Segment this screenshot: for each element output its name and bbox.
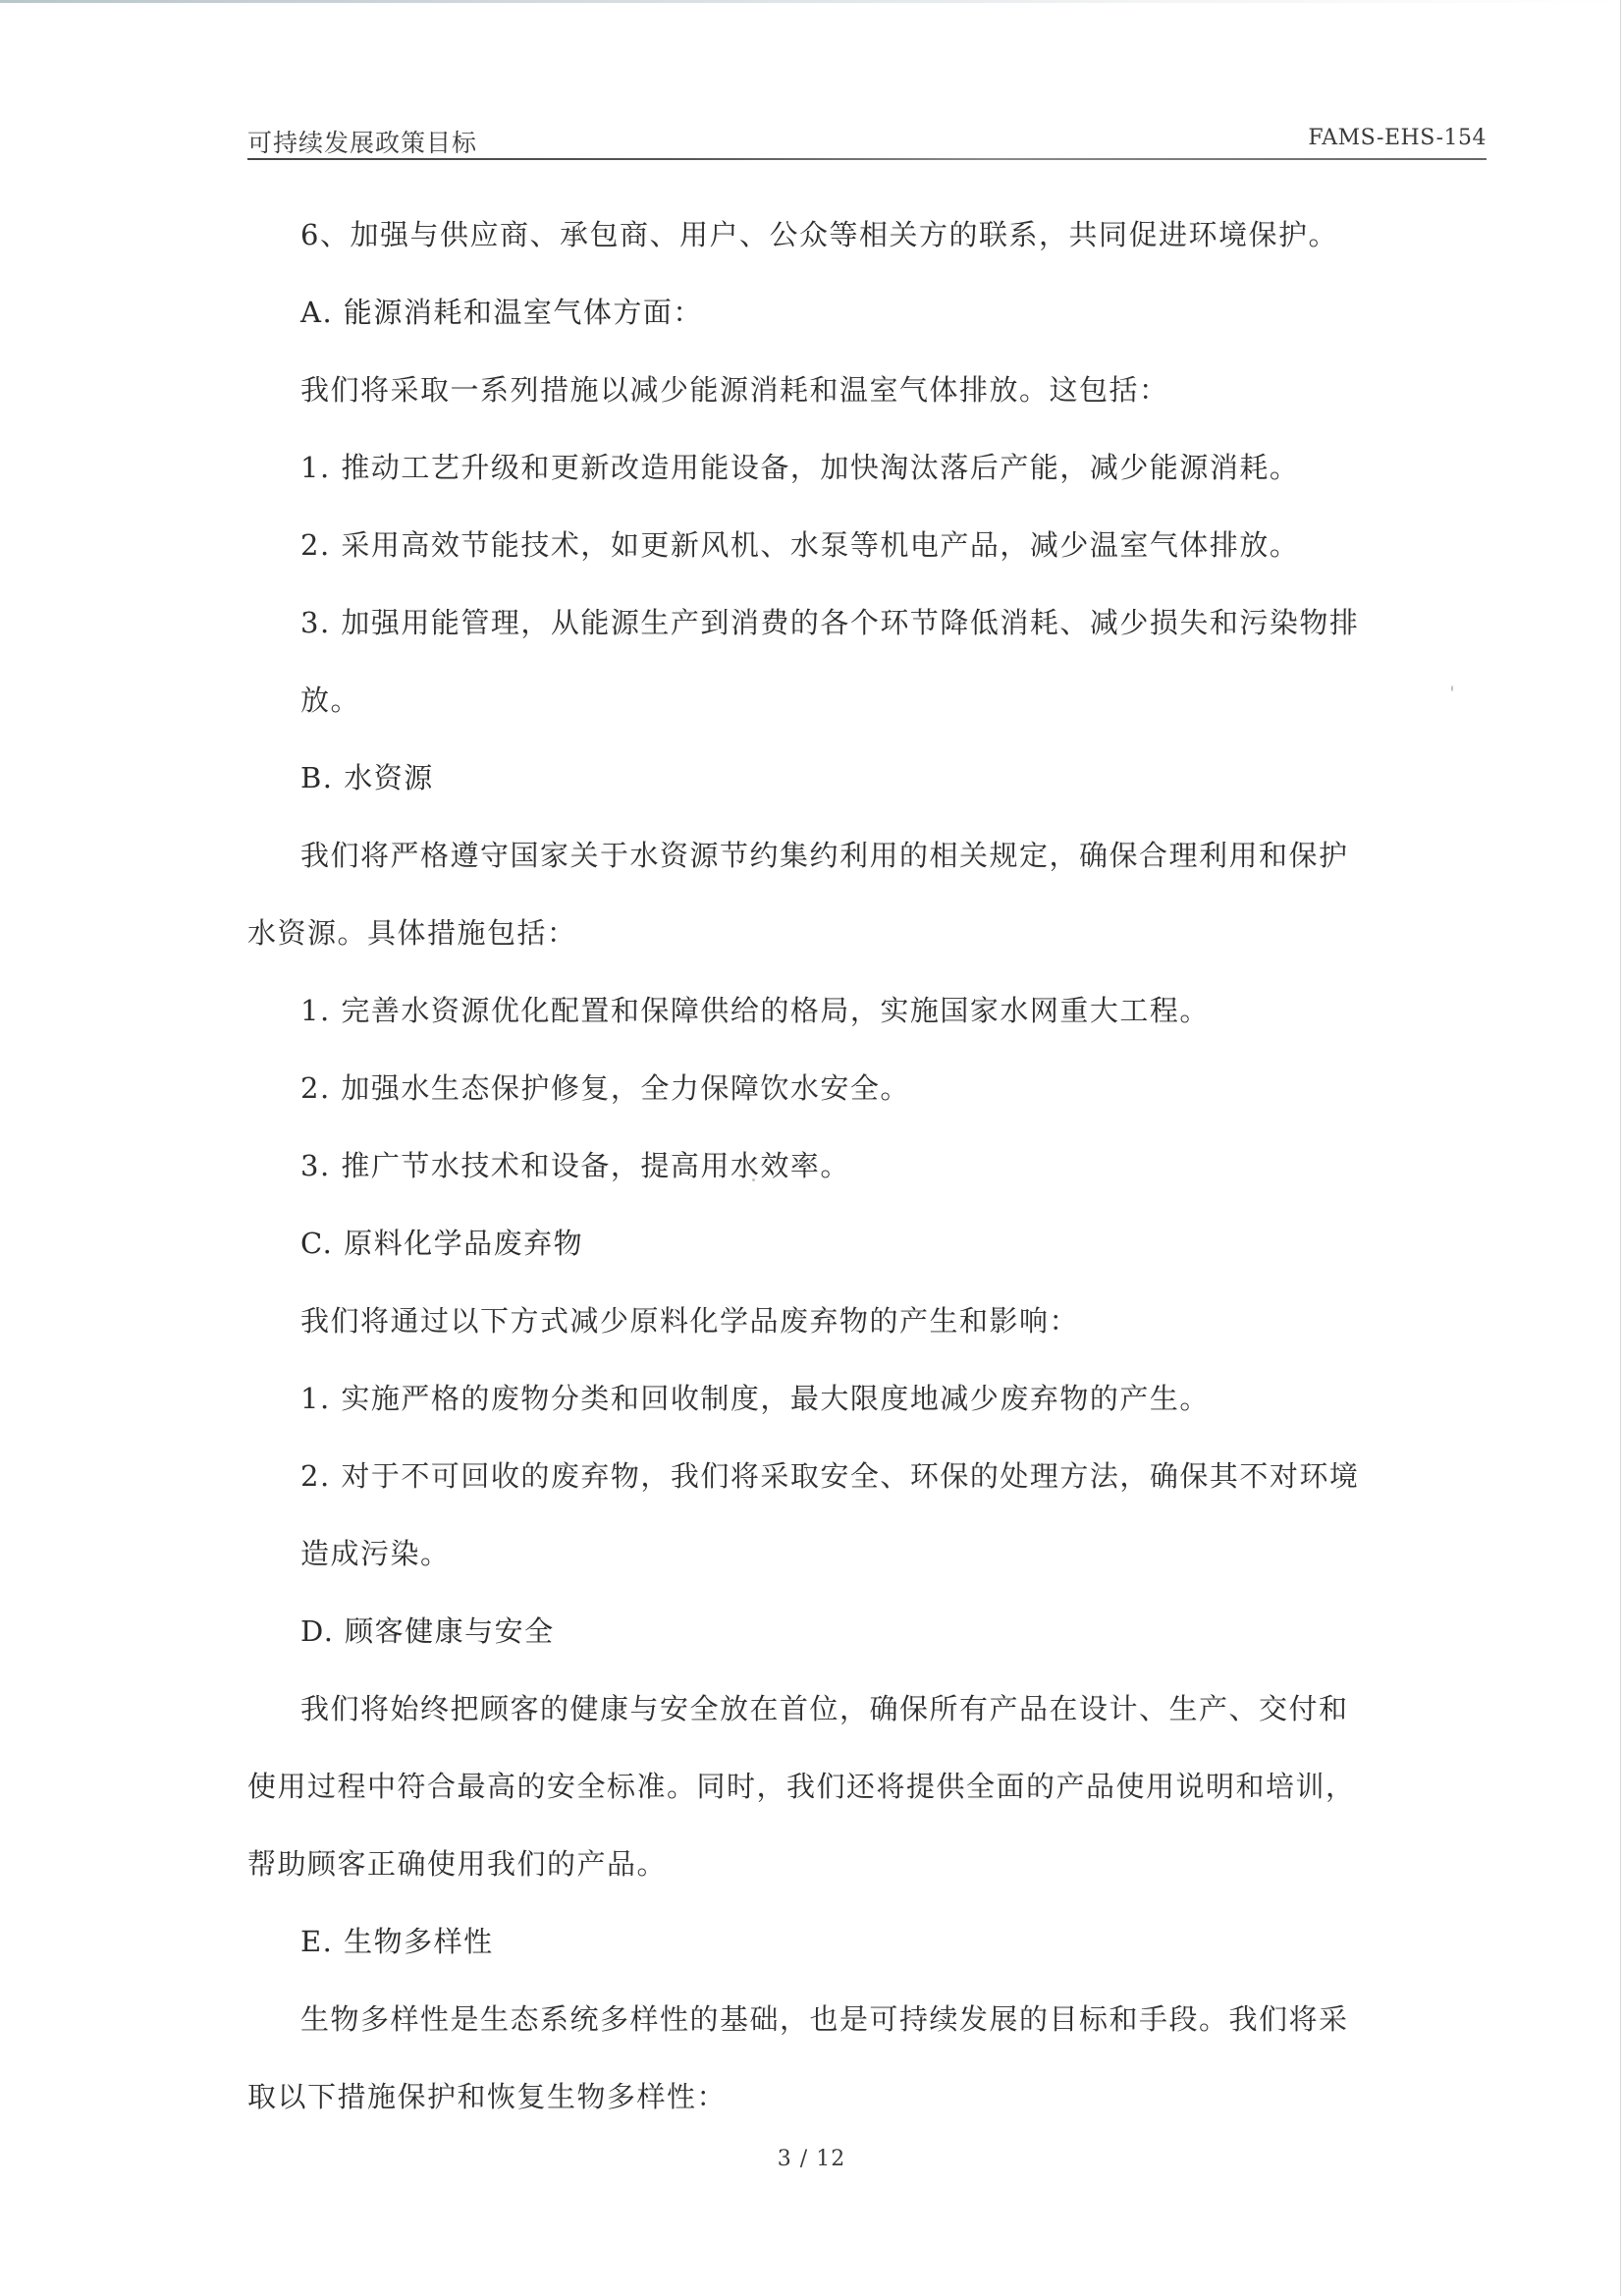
body-line: 使用过程中符合最高的安全标准。同时，我们还将提供全面的产品使用说明和培训， (247, 1765, 1356, 1805)
header-title: 可持续发展政策目标 (247, 124, 477, 159)
section-heading-energy: A. 能源消耗和温室气体方面： (300, 291, 703, 331)
document-code: FAMS-EHS-154 (1308, 126, 1487, 150)
list-item: 3. 推广节水技术和设备，提高用水效率。 (300, 1144, 850, 1184)
list-item: 1. 推动工艺升级和更新改造用能设备，加快淘汰落后产能，减少能源消耗。 (300, 446, 1299, 486)
list-item: 3. 加强用能管理，从能源生产到消费的各个环节降低消耗、减少损失和污染物排 (300, 601, 1359, 641)
body-line: 我们将始终把顾客的健康与安全放在首位，确保所有产品在设计、生产、交付和 (300, 1687, 1349, 1727)
list-item-continuation: 造成污染。 (300, 1532, 451, 1572)
body-line: 水资源。具体措施包括： (247, 911, 577, 952)
section-heading-chemical-waste: C. 原料化学品废弃物 (300, 1222, 583, 1262)
section-heading-water: B. 水资源 (300, 756, 434, 796)
list-item-continuation: 放。 (300, 679, 360, 719)
body-line: 我们将严格遵守国家关于水资源节约集约利用的相关规定，确保合理利用和保护 (300, 834, 1349, 874)
page-header: 可持续发展政策目标 FAMS-EHS-154 (247, 124, 1487, 157)
list-item: 1. 完善水资源优化配置和保障供给的格局，实施国家水网重大工程。 (300, 989, 1210, 1029)
list-item: 2. 采用高效节能技术，如更新风机、水泵等机电产品，减少温室气体排放。 (300, 523, 1299, 564)
scan-speck (752, 1178, 755, 1181)
header-divider (247, 158, 1487, 160)
section-heading-customer-safety: D. 顾客健康与安全 (300, 1610, 555, 1650)
body-line: 生物多样性是生态系统多样性的基础，也是可持续发展的目标和手段。我们将采 (300, 1997, 1349, 2038)
body-line: 我们将采取一系列措施以减少能源消耗和温室气体排放。这包括： (300, 368, 1169, 409)
list-item: 2. 对于不可回收的废弃物，我们将采取安全、环保的处理方法，确保其不对环境 (300, 1454, 1359, 1495)
list-item: 2. 加强水生态保护修复，全力保障饮水安全。 (300, 1066, 910, 1107)
list-item: 1. 实施严格的废物分类和回收制度，最大限度地减少废弃物的产生。 (300, 1377, 1210, 1417)
body-line: 我们将通过以下方式减少原料化学品废弃物的产生和影响： (300, 1299, 1079, 1339)
page-number: 3 / 12 (0, 2147, 1623, 2171)
body-line: 帮助顾客正确使用我们的产品。 (247, 1842, 667, 1883)
body-line: 6、加强与供应商、承包商、用户、公众等相关方的联系，共同促进环境保护。 (300, 213, 1338, 253)
scan-speck (1451, 685, 1453, 691)
scan-edge-top (0, 0, 1623, 3)
section-heading-biodiversity: E. 生物多样性 (300, 1920, 494, 1960)
scan-edge-right (1620, 0, 1621, 2296)
body-line: 取以下措施保护和恢复生物多样性： (247, 2075, 727, 2115)
